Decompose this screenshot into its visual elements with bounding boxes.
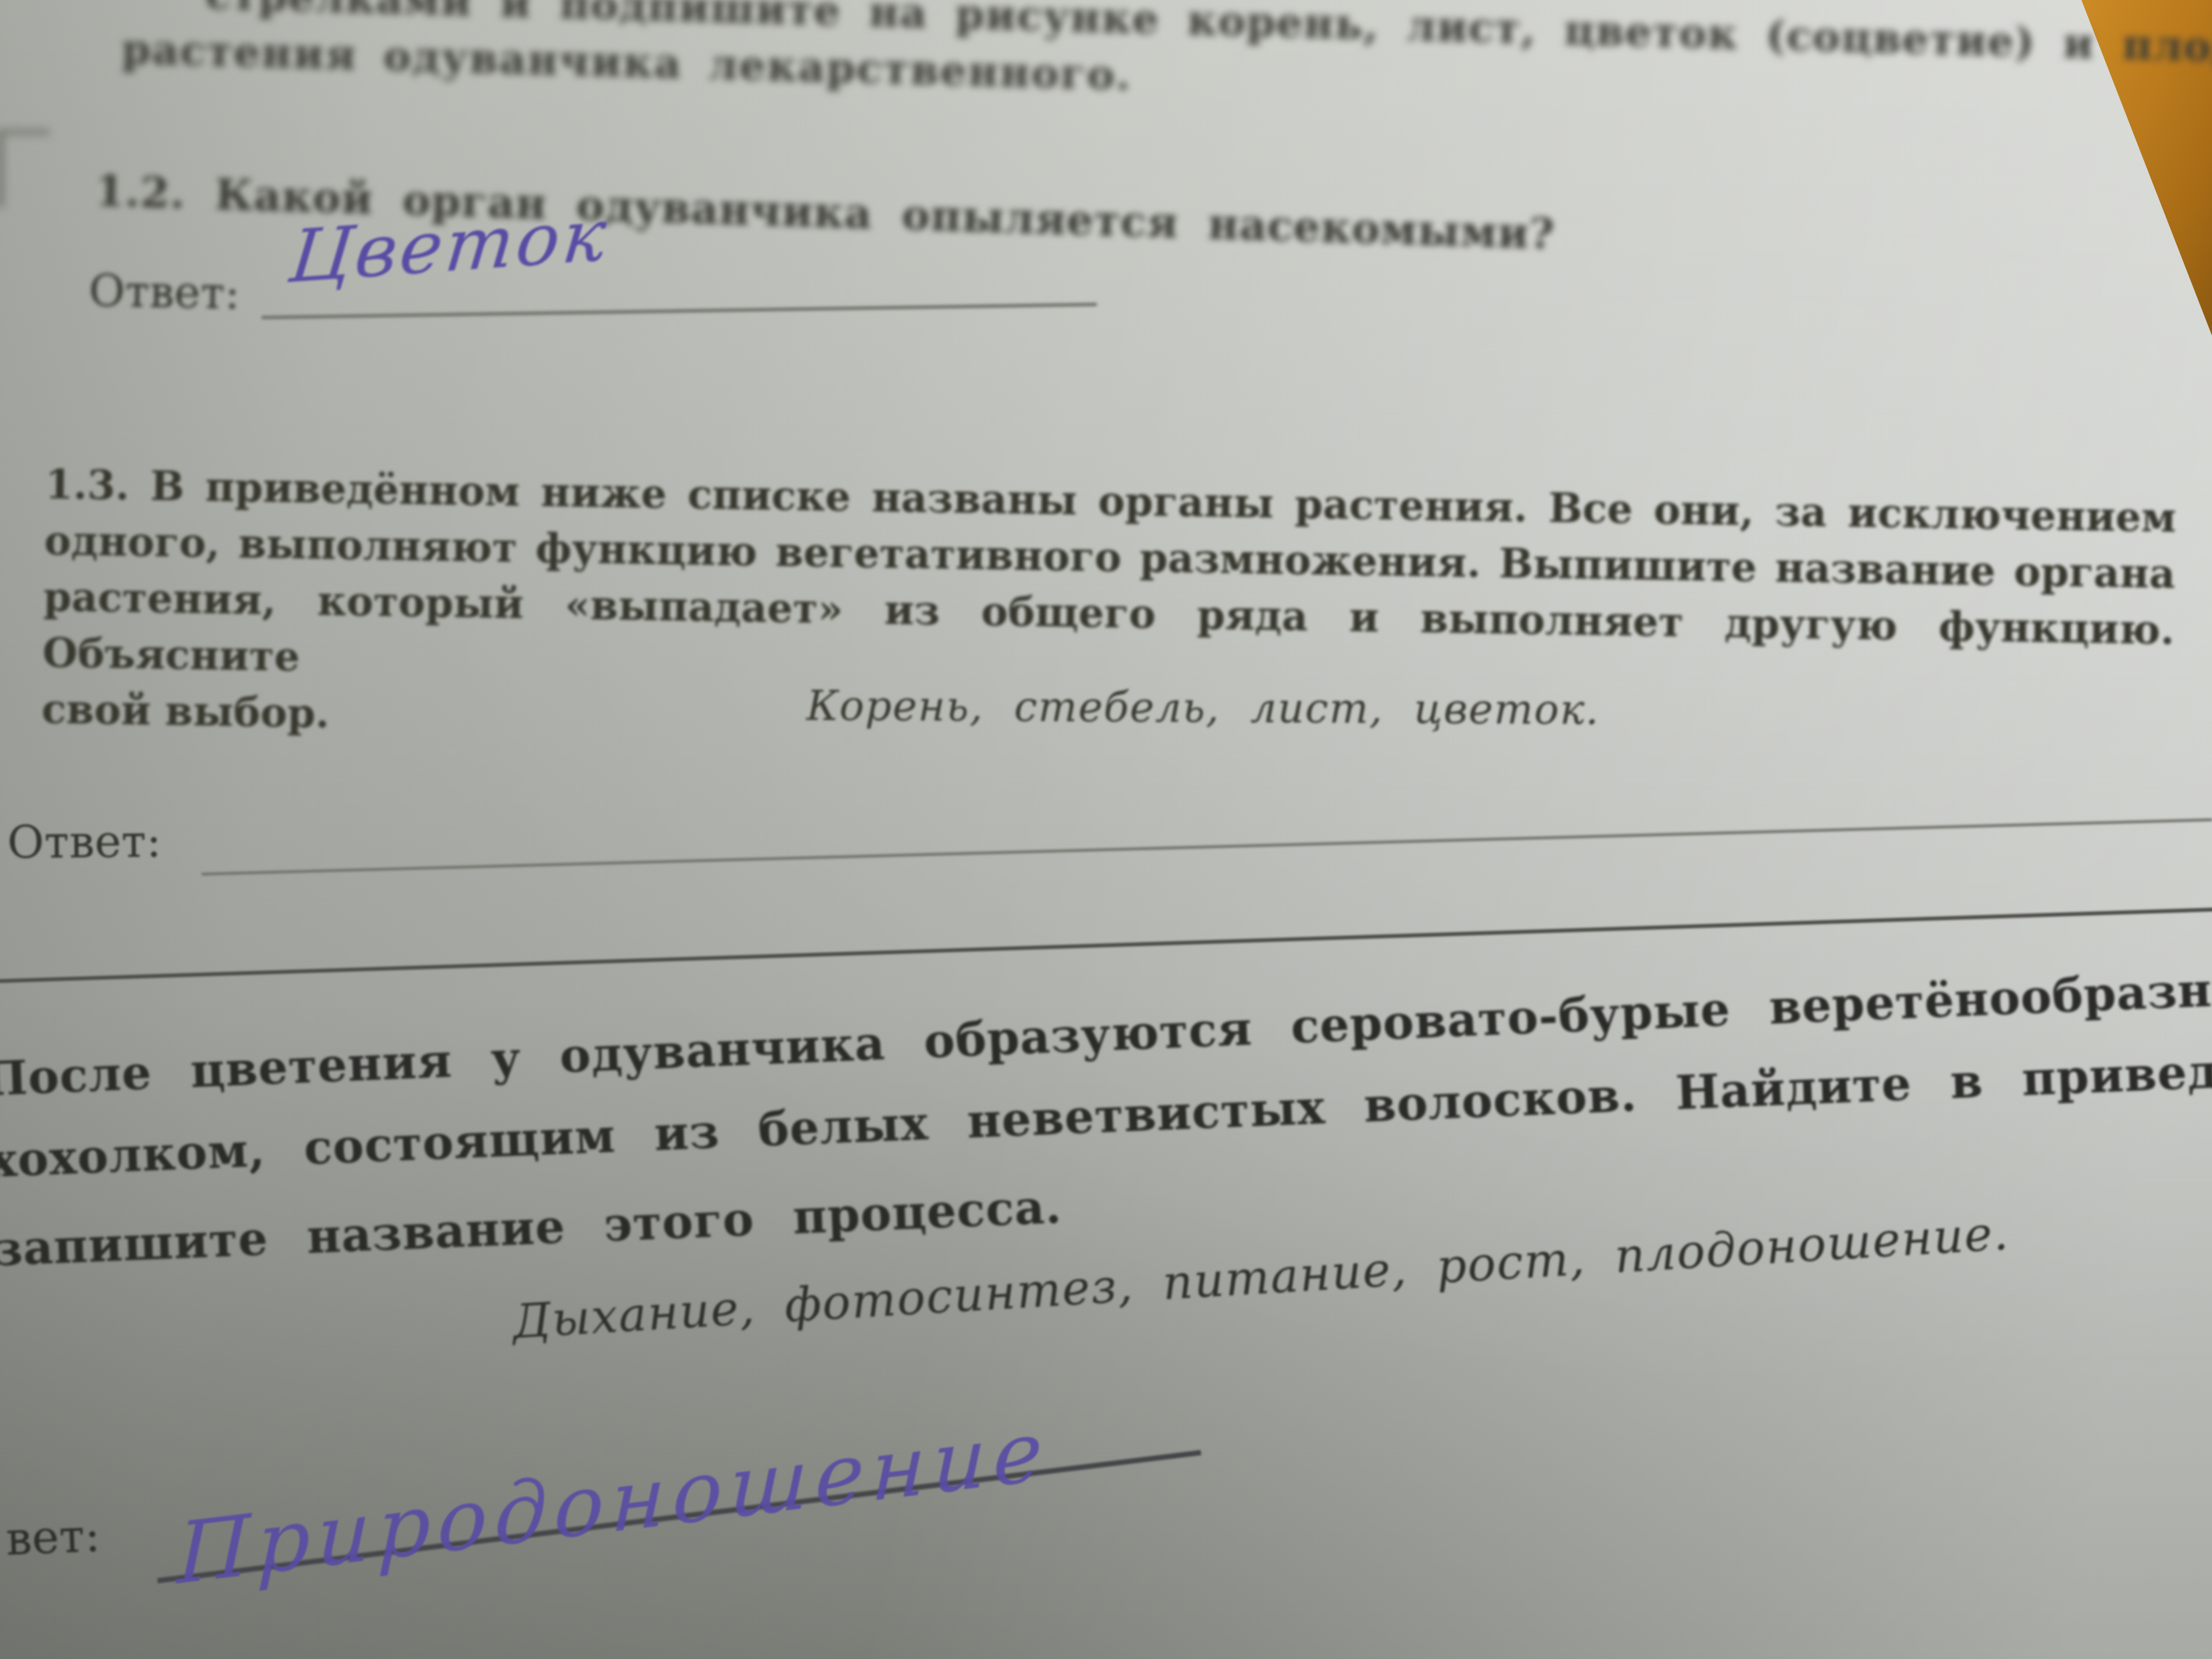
bottom-handwritten-answer: Природоношение [176,1401,1050,1603]
bottom-sheet: После цветения у одуванчика образуются с… [0,0,2212,1659]
worksheet-photo: стрелками и подпишите на рисунке корень,… [0,0,2212,1659]
bottom-answer-label-clipped: вет: [5,1508,101,1566]
bottom-question-line3: запишите название этого процесса. [0,1179,1063,1276]
